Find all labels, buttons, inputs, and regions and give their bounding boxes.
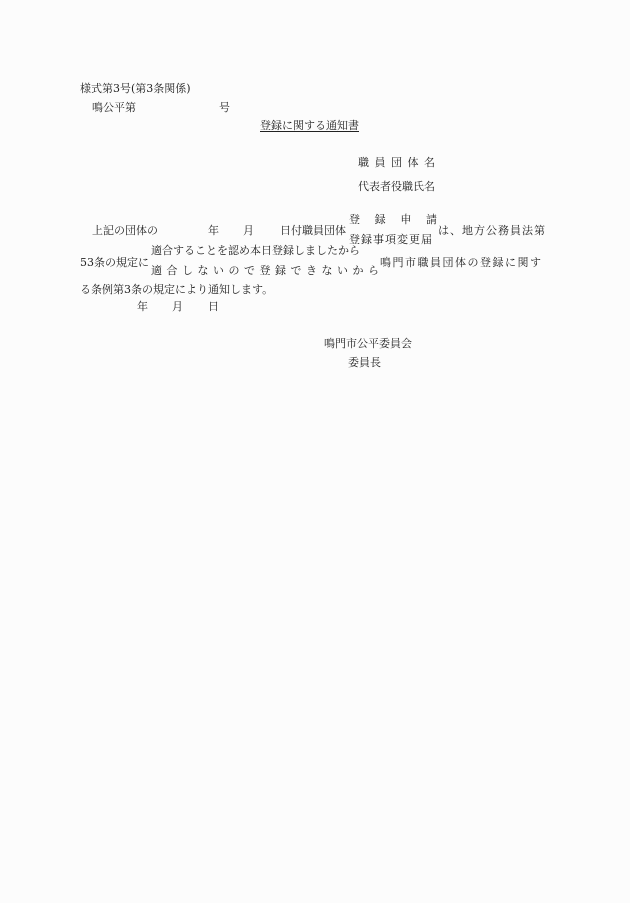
date-year: 年 [137,301,148,312]
body-line1-prefix: 上記の団体の [92,225,158,236]
char: 登 [349,214,360,225]
issuer-organization: 鳴門市公平委員会 [324,338,412,349]
choice-registration-application: 登 録 申 請 [349,214,437,225]
char: 請 [426,214,437,225]
char: 適 [151,265,162,276]
reference-number-suffix: 号 [219,102,230,113]
body-line3: る条例第3条の規定により通知します。 [80,284,273,295]
issuer-title: 委員長 [348,357,381,368]
char: な [198,265,209,276]
conformity-choice: 適合することを認め本日登録しましたから 適 合 し な い の で 登 録 で … [151,245,379,276]
date-month: 月 [172,301,183,312]
document-title: 登録に関する通知書 [260,120,359,131]
char: し [182,265,193,276]
body-line1-day-suffix: 日付職員団体 [280,225,346,236]
char: い [213,265,224,276]
form-label: 様式第3号(第3条関係) [80,83,191,94]
recipient-org-name-label: 職 員 団 体 名 [358,157,436,168]
char: 録 [375,214,386,225]
date-day: 日 [208,301,219,312]
char: い [337,265,348,276]
body-line1-tail: は、地方公務員法第 [438,225,546,236]
choice-registration-change: 登録事項変更届 [349,234,437,245]
registration-type-choice: 登 録 申 請 登録事項変更届 [349,214,437,245]
char: き [306,265,317,276]
body-line2-prefix: 53条の規定に [80,257,149,268]
char: 合 [167,265,178,276]
body-line2-tail: 鳴門市職員団体の登録に関す [380,257,543,268]
char: ら [368,265,379,276]
char: で [244,265,255,276]
reference-number-prefix: 鳴公平第 [92,102,136,113]
char: 登 [260,265,271,276]
char: で [291,265,302,276]
char: 録 [275,265,286,276]
body-line1-year: 年 [208,225,219,236]
char: な [322,265,333,276]
body-line1-month: 月 [243,225,254,236]
recipient-representative-label: 代表者役職氏名 [358,181,435,192]
choice-does-not-conform: 適 合 し な い の で 登 録 で き な い か ら [151,265,379,276]
char: 申 [400,214,411,225]
choice-conforms: 適合することを認め本日登録しましたから [151,245,379,256]
char: か [353,265,364,276]
char: の [229,265,240,276]
